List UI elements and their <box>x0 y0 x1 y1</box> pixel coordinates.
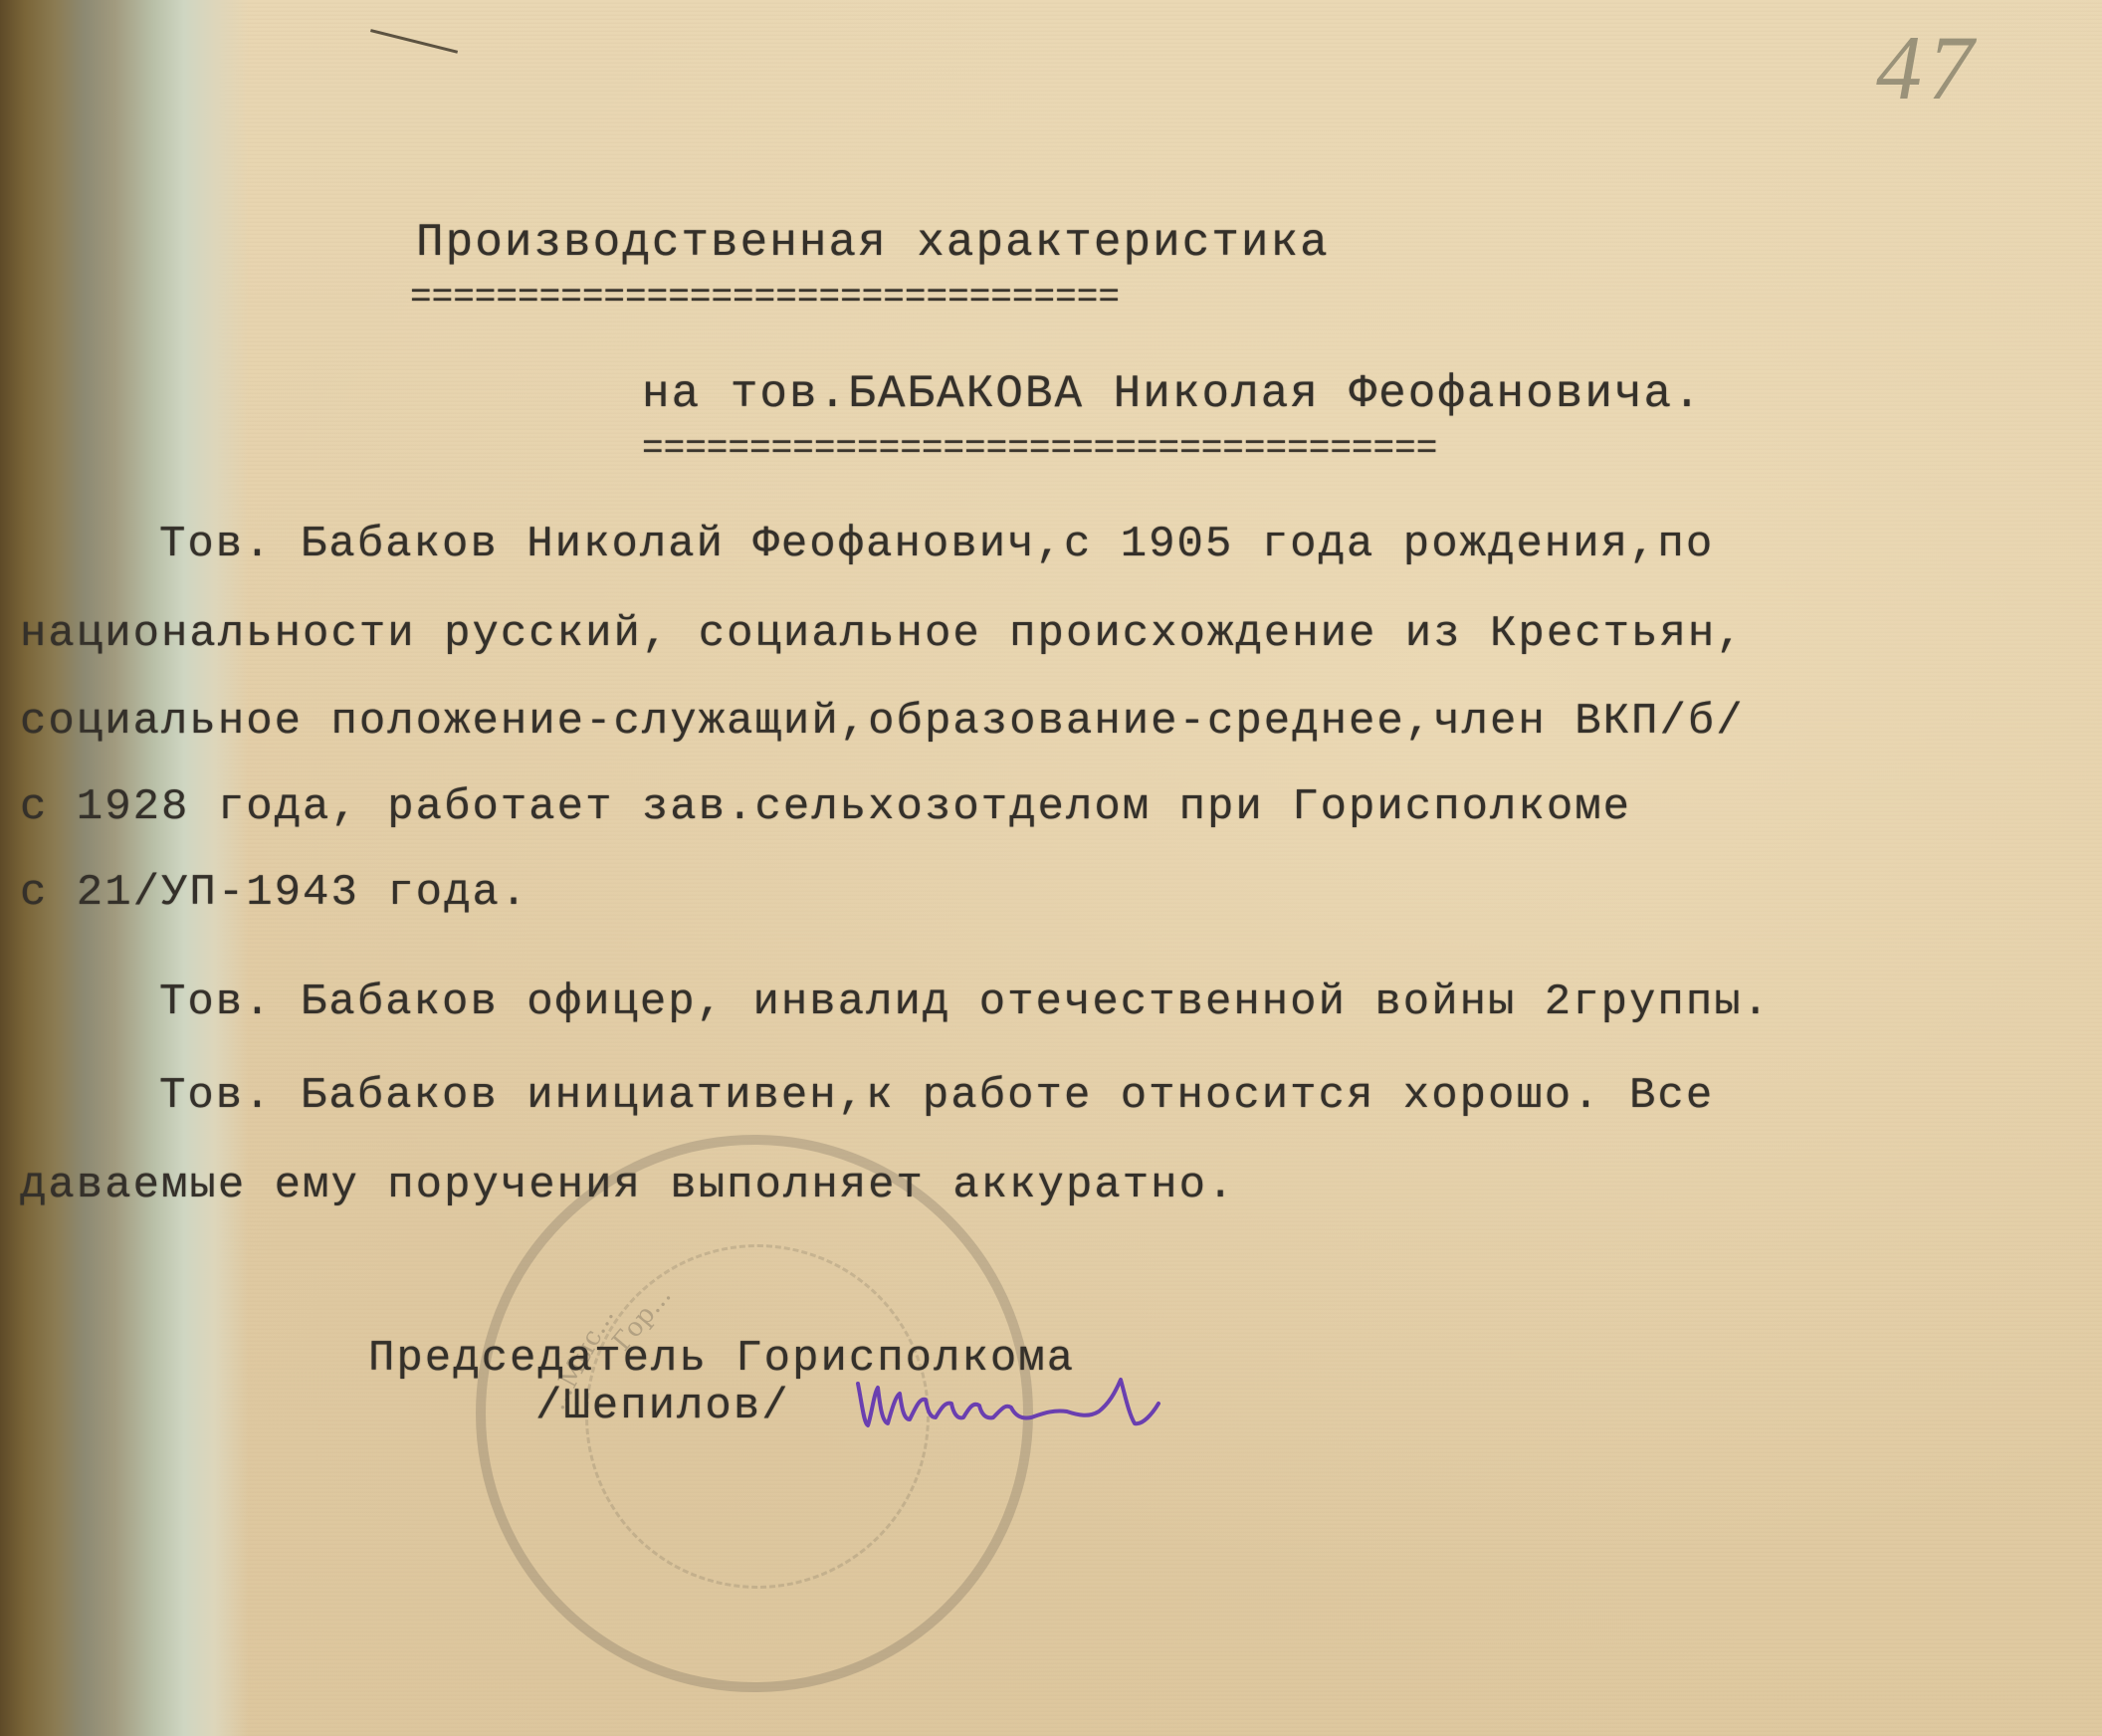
signatory-name: /Шепилов/ <box>535 1382 790 1431</box>
document-subtitle: на тов.БАБАКОВА Николая Феофановича. <box>642 368 1703 420</box>
body-line: Тов. Бабаков Николай Феофанович,с 1905 г… <box>159 520 1714 569</box>
title-underline: ================================= <box>410 277 1120 318</box>
body-line: с 21/УП-1943 года. <box>20 868 528 918</box>
body-line: даваемые ему поручения выполняет аккурат… <box>20 1161 1235 1210</box>
handwritten-signature-icon <box>854 1374 1232 1433</box>
document-title: Производственная характеристика <box>416 217 1330 269</box>
body-line: Тов. Бабаков инициативен,к работе относи… <box>159 1071 1714 1121</box>
page-number: 47 <box>1876 15 1980 120</box>
body-line: Тов. Бабаков офицер, инвалид отечественн… <box>159 977 1771 1027</box>
subtitle-underline: ===================================== <box>642 428 1437 469</box>
body-line: национальности русский, социальное проис… <box>20 609 1745 659</box>
body-line: социальное положение-служащий,образовани… <box>20 697 1745 747</box>
body-line: с 1928 года, работает зав.сельхозотделом… <box>20 782 1631 832</box>
